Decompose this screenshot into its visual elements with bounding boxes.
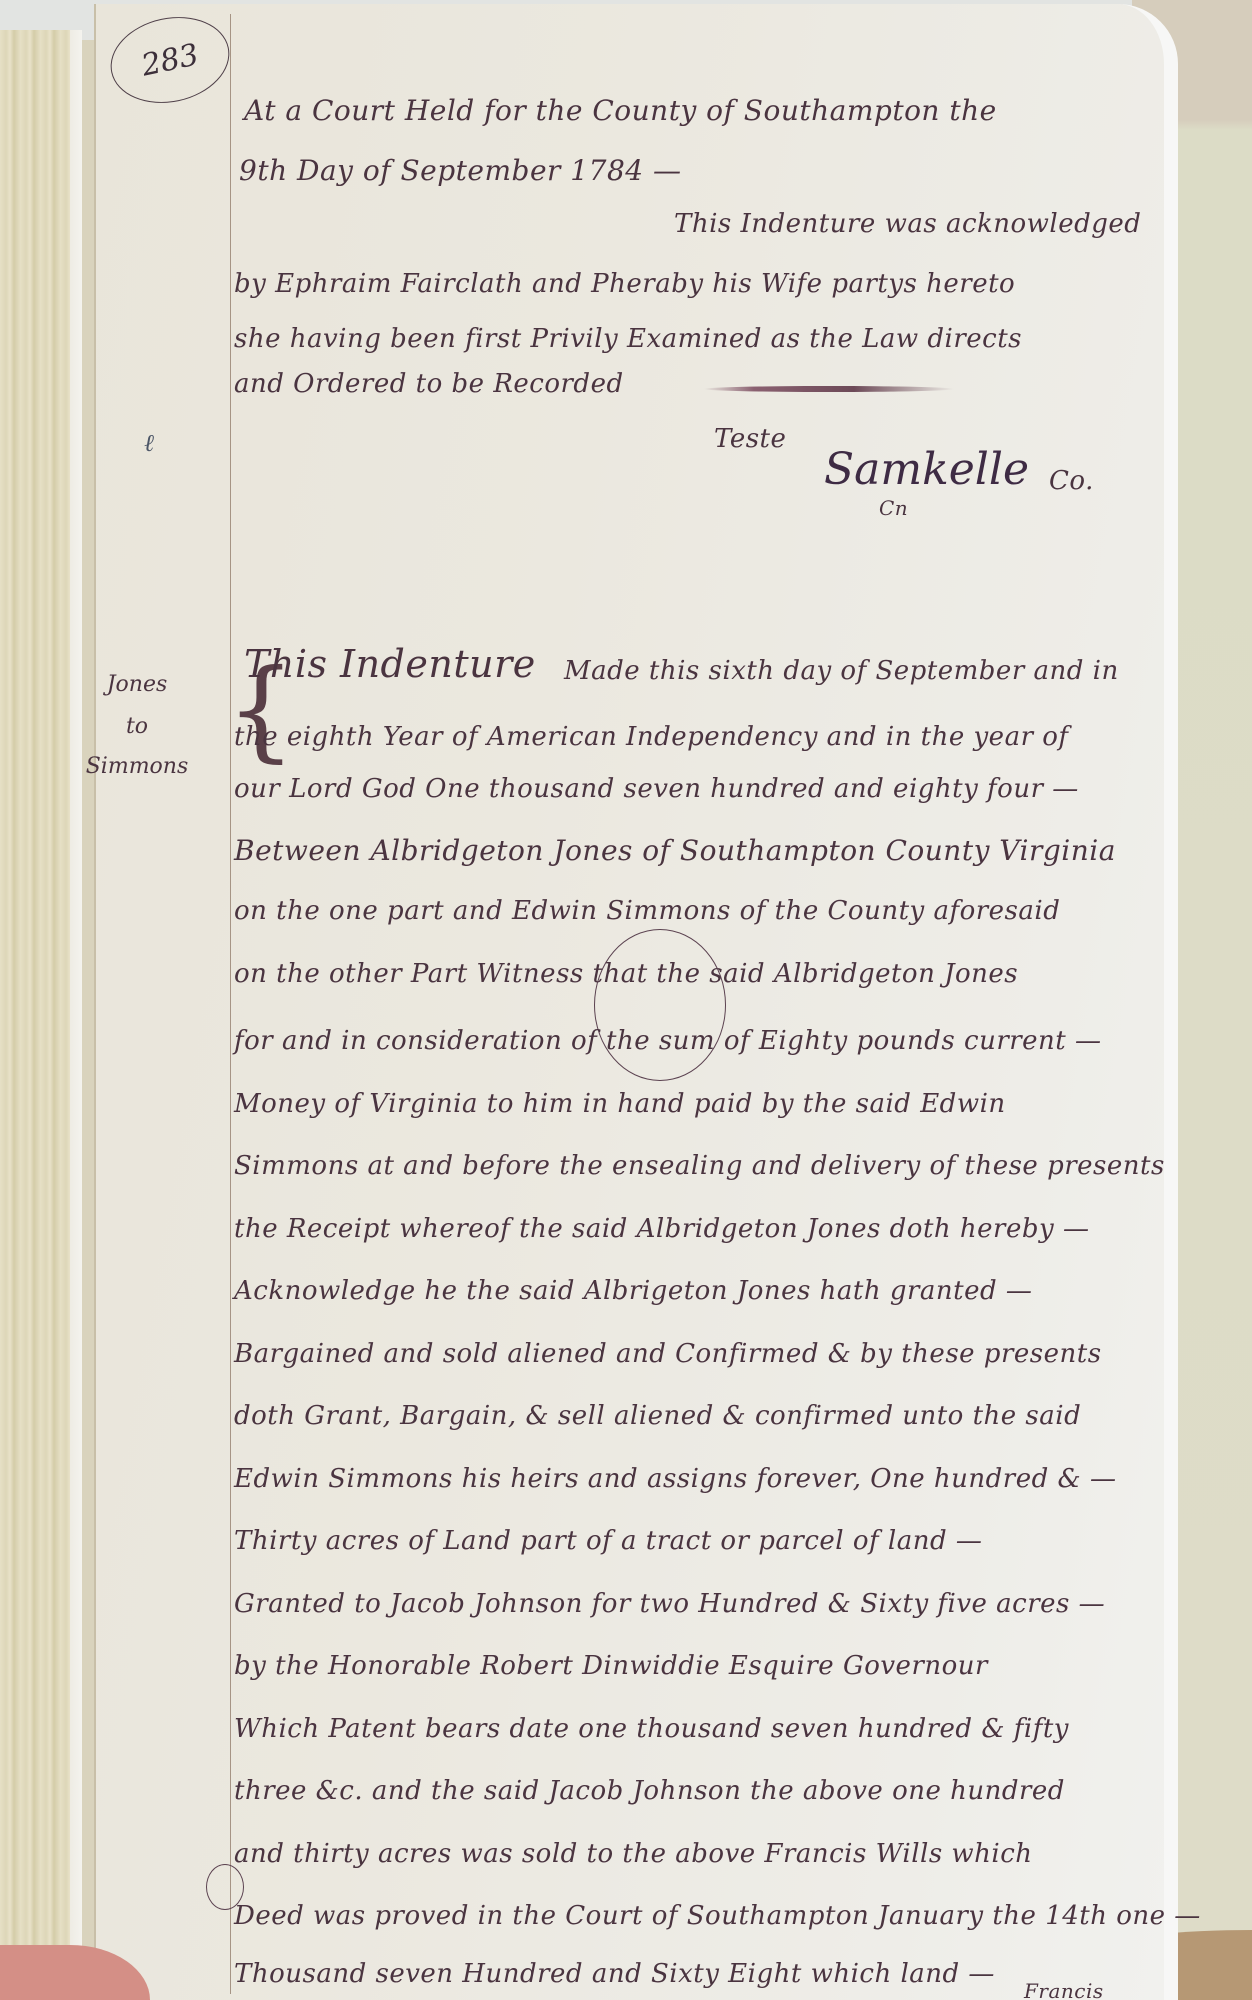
indenture-line-13: doth Grant, Bargain, & sell aliened & co… — [234, 1401, 1081, 1431]
indenture-line-3: our Lord God One thousand seven hundred … — [234, 774, 1079, 804]
ink-flourish — [704, 386, 954, 392]
indenture-line-22: Thousand seven Hundred and Sixty Eight w… — [234, 1959, 995, 1989]
book-fore-edge — [0, 30, 82, 2000]
indenture-line-18: Which Patent bears date one thousand sev… — [234, 1714, 1069, 1744]
indenture-line-17: by the Honorable Robert Dinwiddie Esquir… — [234, 1651, 988, 1681]
margin-tick-mark: ℓ — [144, 429, 155, 458]
indenture-line-19: three &c. and the said Jacob Johnson the… — [234, 1776, 1065, 1806]
margin-note-jones: Jones — [82, 672, 192, 697]
indenture-line-15: Thirty acres of Land part of a tract or … — [234, 1526, 982, 1556]
indenture-line-21: Deed was proved in the Court of Southamp… — [234, 1901, 1201, 1931]
indenture-line-10: the Receipt whereof the said Albridgeton… — [234, 1214, 1089, 1244]
circled-witness-mark — [594, 929, 726, 1081]
court-line-4: by Ephraim Fairclath and Pheraby his Wif… — [234, 269, 1015, 299]
teste-label: Teste — [714, 424, 786, 454]
indenture-line-7: for and in consideration of the sum of E… — [234, 1026, 1102, 1056]
indenture-line-20: and thirty acres was sold to the above F… — [234, 1839, 1033, 1869]
margin-rule-line — [230, 14, 231, 1994]
indenture-heading: This Indenture — [244, 642, 536, 686]
court-line-3: This Indenture was acknowledged — [674, 209, 1141, 239]
margin-note-to: to — [82, 714, 192, 739]
margin-note-simmons: Simmons — [82, 754, 192, 779]
court-line-1: At a Court Held for the County of Southa… — [244, 94, 997, 127]
catchword: Francis — [1024, 1979, 1104, 2000]
indenture-line-14: Edwin Simmons his heirs and assigns fore… — [234, 1464, 1116, 1494]
indenture-line-8: Money of Virginia to him in hand paid by… — [234, 1089, 1006, 1119]
indenture-line-5: on the one part and Edwin Simmons of the… — [234, 896, 1060, 926]
indenture-line-2: the eighth Year of American Independency… — [234, 722, 1069, 752]
court-line-6: and Ordered to be Recorded — [234, 369, 624, 399]
indenture-line-9: Simmons at and before the ensealing and … — [234, 1151, 1165, 1181]
indenture-line-1: Made this sixth day of September and in — [564, 656, 1119, 686]
court-line-2: 9th Day of September 1784 — — [239, 154, 681, 187]
indenture-line-16: Granted to Jacob Johnson for two Hundred… — [234, 1589, 1105, 1619]
indenture-line-4: Between Albridgeton Jones of Southampton… — [234, 834, 1116, 867]
folio-number: 283 — [103, 6, 238, 113]
court-line-5: she having been first Privily Examined a… — [234, 324, 1022, 354]
indenture-line-12: Bargained and sold aliened and Confirmed… — [234, 1339, 1102, 1369]
ledger-page: 283 At a Court Held for the County of So… — [94, 4, 1178, 2000]
signature-mark: Cn — [879, 496, 908, 520]
signature-suffix: Co. — [1049, 466, 1094, 496]
clerk-signature: Samkelle — [824, 444, 1029, 495]
indenture-line-11: Acknowledge he the said Albrigeton Jones… — [234, 1276, 1032, 1306]
